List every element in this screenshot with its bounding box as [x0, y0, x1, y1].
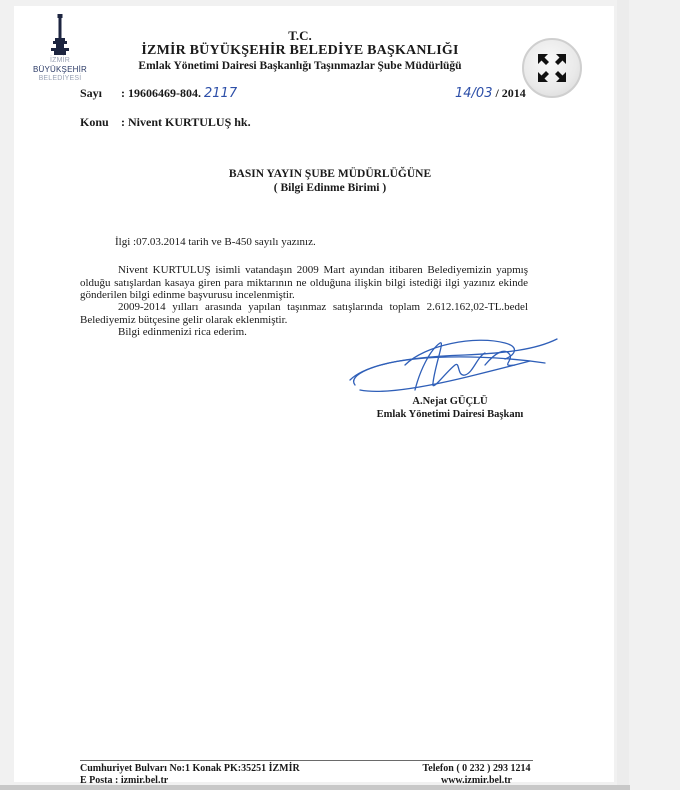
reference-number-line: Sayı : 19606469-804. 2117	[80, 86, 237, 101]
logo-line-2: BÜYÜKŞEHİR	[30, 65, 90, 74]
expand-button[interactable]	[522, 38, 582, 98]
footer-right: Telefon ( 0 232 ) 293 1214 www.izmir.bel…	[420, 763, 533, 787]
footer-website: www.izmir.bel.tr	[420, 775, 533, 787]
body-paragraph-2: 2009-2014 yılları arasında yapılan taşın…	[80, 301, 528, 326]
subject-line: Konu : Nivent KURTULUŞ hk.	[80, 115, 251, 130]
logo-line-1: İZMİR	[30, 56, 90, 65]
addressee-line-2: ( Bilgi Edinme Birimi )	[160, 181, 500, 195]
footer-left: Cumhuriyet Bulvarı No:1 Konak PK:35251 İ…	[80, 763, 300, 787]
tc-heading: T.C.	[120, 28, 480, 43]
date-year: / 2014	[495, 86, 525, 100]
municipality-logo: İZMİR BÜYÜKŞEHİR BELEDİYESİ	[30, 14, 90, 84]
organization-name: İZMİR BÜYÜKŞEHİR BELEDİYE BAŞKANLIĞI	[120, 43, 480, 59]
konu-value: : Nivent KURTULUŞ hk.	[121, 115, 251, 129]
body-paragraph-1: Nivent KURTULUŞ isimli vatandaşın 2009 M…	[80, 264, 528, 302]
handwritten-number: 2117	[204, 86, 237, 101]
signature-icon	[345, 335, 560, 400]
scrollbar-track[interactable]	[617, 0, 629, 790]
footer-email: E Posta : izmir.bel.tr	[80, 775, 300, 787]
signatory-title: Emlak Yönetimi Dairesi Başkanı	[360, 408, 540, 421]
sayi-label: Sayı	[80, 86, 118, 101]
footer-divider	[80, 760, 533, 761]
date-line: 14/03 / 2014	[455, 86, 526, 101]
department-name: Emlak Yönetimi Dairesi Başkanlığı Taşınm…	[120, 59, 480, 73]
konu-label: Konu	[80, 115, 118, 130]
addressee: BASIN YAYIN ŞUBE MÜDÜRLÜĞÜNE ( Bilgi Edi…	[160, 167, 500, 195]
expand-arrows-icon	[536, 52, 568, 84]
signature-block: A.Nejat GÜÇLÜ Emlak Yönetimi Dairesi Baş…	[360, 395, 540, 421]
footer-phone: Telefon ( 0 232 ) 293 1214	[420, 763, 533, 775]
signatory-name: A.Nejat GÜÇLÜ	[360, 395, 540, 408]
handwritten-date: 14/03	[455, 86, 492, 101]
letterhead: T.C. İZMİR BÜYÜKŞEHİR BELEDİYE BAŞKANLIĞ…	[120, 28, 480, 73]
logo-line-3: BELEDİYESİ	[30, 74, 90, 83]
sayi-value: : 19606469-804.	[121, 86, 201, 100]
addressee-line-1: BASIN YAYIN ŞUBE MÜDÜRLÜĞÜNE	[160, 167, 500, 181]
ilgi-line: İlgi :07.03.2014 tarih ve B-450 sayılı y…	[115, 236, 563, 249]
footer-address: Cumhuriyet Bulvarı No:1 Konak PK:35251 İ…	[80, 763, 300, 775]
clock-tower-icon	[45, 14, 75, 56]
